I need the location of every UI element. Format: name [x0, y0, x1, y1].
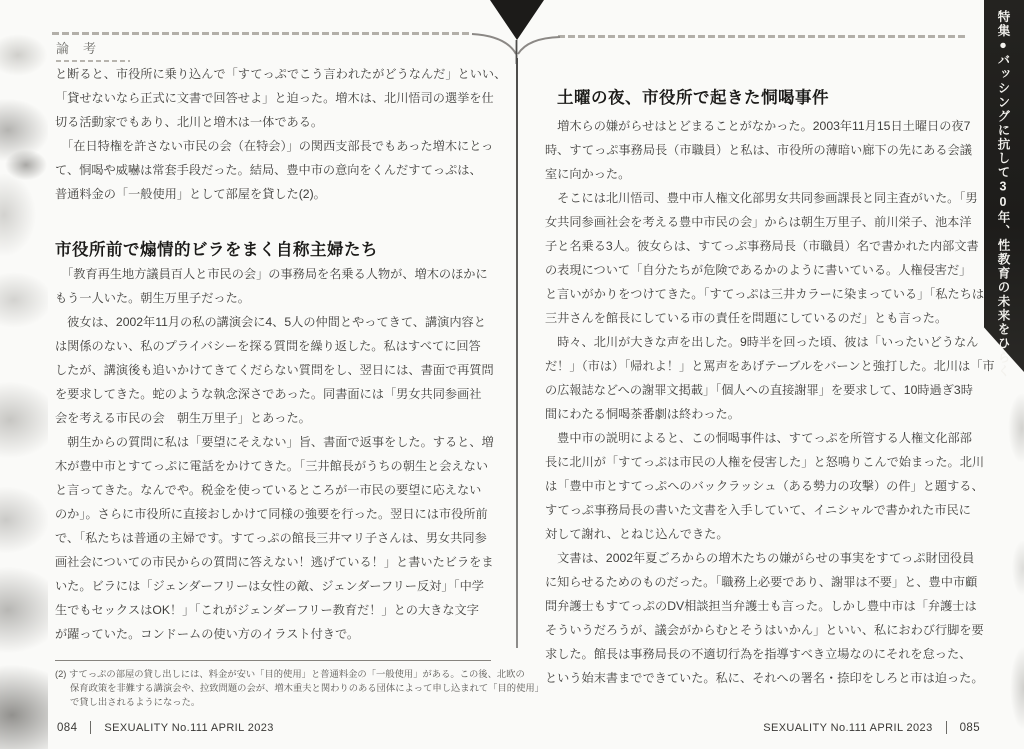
footer-divider [946, 721, 947, 734]
text-line: 文書は、2002年夏ごろからの増木たちの嫌がらせの事実をすてっぷ財団役員 [545, 546, 990, 570]
journal-title: SEXUALITY No.111 APRIL 2023 [763, 722, 932, 734]
text-line: したが、講演後も追いかけてきてくだらない質問をし、翌日には、書面で再質問 [55, 358, 500, 382]
text-line: は関係のない、私のプライバシーを探る質問を繰り返した。私はすべてに回答 [55, 334, 500, 358]
scan-edge-texture-left [0, 0, 48, 749]
page-top-rule-left [52, 32, 472, 35]
right-section-heading: 土曜の夜、市役所で起きた恫喝事件 [557, 84, 829, 108]
text-line: そういうだろうが、議会がからむとそうはいかん」といい、私におわび行脚を要 [545, 618, 990, 642]
text-line: 「貸せないなら正式に文書で回答せよ」と迫った。増木は、北川悟司の選挙を仕 [55, 86, 500, 110]
feature-banner-title: 特集●バッシングに抗して30年、性教育の未来をひらく [994, 10, 1012, 379]
left-intro-paragraphs: と断ると、市役所に乗り込んで「すてっぷでこう言われたがどうなんだ」といい、「貸せ… [55, 62, 500, 206]
text-line: (2) すてっぷの部屋の貸し出しには、料金が安い「目的使用」と普通料金の「一般使… [55, 667, 495, 681]
text-line: 増木らの嫌がらせはとどまることがなかった。2003年11月15日土曜日の夜7 [545, 114, 990, 138]
text-line: の広報誌などへの謝罪文掲載」「個人への直接謝罪」を要求して、10時過ぎ3時 [545, 378, 990, 402]
text-line: のか」。さらに市役所に直接おしかけて同様の強要を行った。翌日には市役所前 [55, 502, 500, 526]
text-line: 豊中市の説明によると、この恫喝事件は、すてっぷを所管する人権文化部部 [545, 426, 990, 450]
text-line: 三井さんを館長にしている市の責任を問題にしているのだ」とも言った。 [545, 306, 990, 330]
text-line: 切る活動家でもあり、北川と増木は一体である。 [55, 110, 500, 134]
text-line: て、恫喝や威嚇は常套手段だった。結局、豊中市の意向をくんだすてっぷは、 [55, 158, 500, 182]
text-line: で、「私たちは普通の主婦です。すてっぷの館長三井マリ子さんは、男女共同参 [55, 526, 500, 550]
text-line: の表現について「自分たちが危険であるかのように書いている。人権侵害だ」 [545, 258, 990, 282]
left-section-heading: 市役所前で煽情的ビラをまく自称主婦たち [55, 236, 378, 260]
text-line: 問弁護士もすてっぷのDV相談担当弁護士も言った。しかし豊中市は「弁護士は [545, 594, 990, 618]
right-body-paragraphs: 増木らの嫌がらせはとどまることがなかった。2003年11月15日土曜日の夜7時、… [545, 114, 990, 690]
text-line: で貸し出されるようになった。 [55, 695, 495, 709]
text-line: 時、すてっぷ事務局長（市職員）と私は、市役所の薄暗い廊下の先にある会議 [545, 138, 990, 162]
text-line: は「豊中市とすてっぷへのバックラッシュ（ある勢力の攻撃）の件」と題する、 [545, 474, 990, 498]
footnote: (2) すてっぷの部屋の貸し出しには、料金が安い「目的使用」と普通料金の「一般使… [55, 667, 495, 709]
text-line: 時々、北川が大きな声を出した。9時半を回った頃、彼は「いったいどうなん [545, 330, 990, 354]
text-line: 室に向かった。 [545, 162, 990, 186]
text-line: 対して謝れ、とねじ込んできた。 [545, 522, 990, 546]
text-line: 女共同参画社会を考える豊中市民の会」からは朝生万里子、前川栄子、池本洋 [545, 210, 990, 234]
left-page-number: 084 [57, 722, 77, 734]
text-line: 「在日特権を許さない市民の会（在特会）」の関西支部長でもあった増木にとっ [55, 134, 500, 158]
text-line: 保育政策を非難する講演会や、拉致問題の会が、増木重夫と関わりのある団体によって申… [55, 681, 495, 695]
gutter-line [516, 58, 518, 648]
text-line: に知らせるためのものだった。「職務上必要であり、謝罪は不要」と、豊中市顧 [545, 570, 990, 594]
text-line: 木が豊中市とすてっぷに電話をかけてきた。「三井館長がうちの朝生と会えない [55, 454, 500, 478]
right-page-number: 085 [960, 722, 980, 734]
left-footer: 084 SEXUALITY No.111 APRIL 2023 [57, 721, 274, 734]
text-line: 「教育再生地方議員百人と市民の会」の事務局を名乗る人物が、増木のほかに [55, 262, 500, 286]
scan-edge-texture-right [998, 368, 1024, 749]
left-body-paragraphs: 「教育再生地方議員百人と市民の会」の事務局を名乗る人物が、増木のほかにもう一人い… [55, 262, 500, 646]
page-top-rule-right [558, 35, 966, 38]
text-line: すてっぷ事務局長の書いた文書を入手していて、イニシャルで書かれた市民に [545, 498, 990, 522]
text-line: そこには北川悟司、豊中市人権文化部男女共同参画課長と同主査がいた。「男 [545, 186, 990, 210]
text-line: 会を考える市民の会 朝生万里子」とあった。 [55, 406, 500, 430]
text-line: が躍っていた。コンドームの使い方のイラスト付きで。 [55, 622, 500, 646]
text-line: 普通料金の「一般使用」として部屋を貸した(2)。 [55, 182, 500, 206]
text-line: 子と名乗る3人。彼女らは、すてっぷ事務局長（市職員）名で書かれた内部文書 [545, 234, 990, 258]
footer-divider [90, 721, 91, 734]
book-spine-icon [470, 0, 562, 64]
scanned-magazine-spread: 論考 と断ると、市役所に乗り込んで「すてっぷでこう言われたがどうなんだ」といい、… [0, 0, 1024, 749]
text-line: を要求してきた。蛇のような執念深さであった。同書面には「男女共同参画社 [55, 382, 500, 406]
text-line: いた。ビラには「ジェンダーフリーは女性の敵、ジェンダーフリー反対」「中学 [55, 574, 500, 598]
text-line: もう一人いた。朝生万里子だった。 [55, 286, 500, 310]
column-label: 論考 [56, 38, 110, 57]
text-line: 求した。館長は事務局長の不適切行為を指導すべき立場なのにそれを怠った、 [545, 642, 990, 666]
journal-title: SEXUALITY No.111 APRIL 2023 [104, 722, 273, 734]
text-line: と言いがかりをつけてきた。「すてっぷは三井カラーに染まっている」「私たちは [545, 282, 990, 306]
text-line: 画社会についての市民からの質問に答えない！逃げている！」と書いたビラをま [55, 550, 500, 574]
footnote-rule [55, 660, 491, 661]
text-line: だ！」（市は）「帰れよ！」と罵声をあげテーブルをバーンと強打した。北川は「市 [545, 354, 990, 378]
right-footer: SEXUALITY No.111 APRIL 2023 085 [763, 721, 980, 734]
text-line: 朝生からの質問に私は「要望にそえない」旨、書面で返事をした。すると、増 [55, 430, 500, 454]
text-line: 彼女は、2002年11月の私の講演会に4、5人の仲間とやってきて、講演内容と [55, 310, 500, 334]
text-line: という始末書までできていた。私に、それへの署名・捺印をしろと市は迫った。 [545, 666, 990, 690]
text-line: と言ってきた。なんでや。税金を使っているところが一市民の要望に応えない [55, 478, 500, 502]
text-line: 生でもセックスはOK！」「これがジェンダーフリー教育だ！」との大きな文字 [55, 598, 500, 622]
text-line: 長に北川が「すてっぷは市民の人権を侵害した」と怒鳴りこんで始まった。北川 [545, 450, 990, 474]
text-line: と断ると、市役所に乗り込んで「すてっぷでこう言われたがどうなんだ」といい、 [55, 62, 500, 86]
text-line: 間にわたる恫喝茶番劇は終わった。 [545, 402, 990, 426]
